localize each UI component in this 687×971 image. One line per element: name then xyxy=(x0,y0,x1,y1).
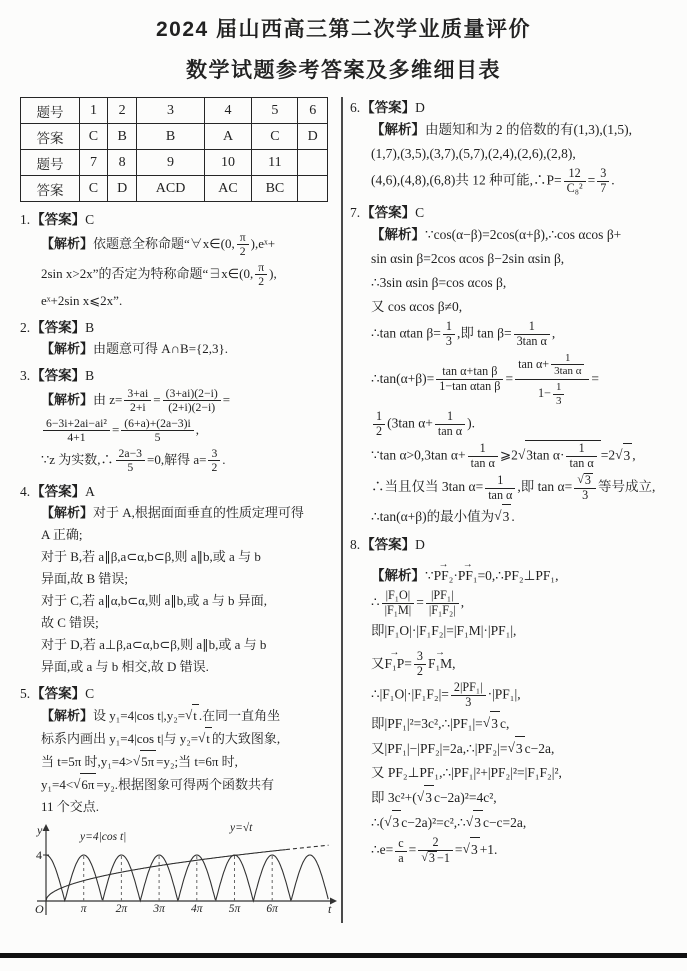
answer-label: 【答案】C xyxy=(361,205,424,220)
answer-label: 【答案】C xyxy=(31,686,94,701)
answer-label: 【答案】D xyxy=(361,537,425,552)
solution-line: 【解析】∵cos(α−β)=2cos(α+β),∴cos αcos β+ xyxy=(350,223,679,247)
table-cell: 8 xyxy=(107,150,136,176)
x-tick-label: 2π xyxy=(116,903,128,915)
solution-line: ∴|F₁O|·|F₁F₂|=2|PF₁|3·|PF₁|, xyxy=(350,680,679,711)
answer-label: 【答案】A xyxy=(31,484,95,499)
section-heading: 6.【答案】D xyxy=(350,97,679,118)
page-subtitle: 数学试题参考答案及多维细目表 xyxy=(0,43,687,84)
solution-line: 【解析】由题知和为 2 的倍数的有(1,3),(1,5), xyxy=(350,118,679,142)
question-number: 4. xyxy=(20,484,30,499)
solution-line: 【解析】对于 A,根据面面垂直的性质定理可得 xyxy=(20,502,336,524)
solution-line: eˣ+2sin x⩽2x”. xyxy=(20,290,336,312)
solution-line: 6−3i+2ai−ai²4+1=(6+a)+(2a−3)i5, xyxy=(20,416,336,446)
solution-line: sin αsin β=2cos αcos β−2sin αsin β, xyxy=(350,247,679,271)
section-q8: 8.【答案】D 【解析】∵PF₂·PF₁=0,∴PF₂⊥PF₁, ∴|F₁O||… xyxy=(350,534,679,867)
table-cell: 9 xyxy=(137,150,204,176)
right-column: 6.【答案】D 【解析】由题知和为 2 的倍数的有(1,3),(1,5), (1… xyxy=(350,97,679,923)
exam-answer-page: 2024 届山西高三第二次学业质量评价 数学试题参考答案及多维细目表 题号 1 … xyxy=(0,0,687,971)
question-number: 1. xyxy=(20,212,30,227)
table-row: 答案 C B B A C D xyxy=(21,124,328,150)
table-cell: 题号 xyxy=(21,98,80,124)
solution-line: 【解析】由 z=3+ai2+i=(3+ai)(2−i)(2+i)(2−i)= xyxy=(20,386,336,416)
answer-label: 【答案】C xyxy=(31,212,94,227)
table-cell: 题号 xyxy=(21,150,80,176)
left-column: 题号 1 2 3 4 5 6 答案 C B B A C D xyxy=(20,97,336,923)
answer-label: 【答案】B xyxy=(31,320,94,335)
table-cell: BC xyxy=(252,176,298,202)
table-cell: ACD xyxy=(137,176,204,202)
section-heading: 7.【答案】C xyxy=(350,202,679,223)
graph-x-axis-label: t xyxy=(328,902,331,917)
section-q2: 2.【答案】B 【解析】由题意可得 A∩B={2,3}. xyxy=(20,317,336,360)
solution-line: 即|PF₁|²=3c²,∴|PF₁|=√3c, xyxy=(350,711,679,736)
table-cell: C xyxy=(252,124,298,150)
solution-line: 又F₁P=32F₁M, xyxy=(350,643,679,680)
solution-line: 即 3c²+(√3c−2a)²=4c², xyxy=(350,785,679,810)
table-row: 题号 7 8 9 10 11 xyxy=(21,150,328,176)
page-bottom-rule xyxy=(0,953,687,958)
solution-line: 【解析】由题意可得 A∩B={2,3}. xyxy=(20,338,336,360)
table-cell xyxy=(298,150,328,176)
graph-y-tick-label: 4 xyxy=(36,848,42,863)
table-cell: C xyxy=(80,124,108,150)
solution-line: 【解析】依题意全称命题“∀x∈(0,π2),eˣ+ xyxy=(20,230,336,260)
solution-line: 又|PF₁|−|PF₂|=2a,∴|PF₂|=√3c−2a, xyxy=(350,736,679,761)
x-tick-label: 3π xyxy=(153,903,165,915)
answer-label: 【答案】B xyxy=(31,368,94,383)
x-tick-label: 4π xyxy=(191,903,203,915)
solution-line: 【解析】∵PF₂·PF₁=0,∴PF₂⊥PF₁, xyxy=(350,555,679,588)
section-q5: 5.【答案】C 【解析】设 y₁=4|cos t|,y₂=√t.在同一直角坐 标… xyxy=(20,683,336,818)
curve-label-abs-cos: y=4|cos t| xyxy=(80,831,126,843)
solution-line: 对于 D,若 a⊥β,a⊂α,b⊂β,则 a∥b,或 a 与 b xyxy=(20,634,336,656)
section-heading: 3.【答案】B xyxy=(20,365,336,386)
section-heading: 5.【答案】C xyxy=(20,683,336,704)
table-cell: 答案 xyxy=(21,176,80,202)
solution-line: ∵z 为实数,∴2a−35=0,解得 a=32. xyxy=(20,446,336,476)
solution-line: 标系内画出 y₁=4|cos t|与 y₂=√t的大致图象, xyxy=(20,727,336,750)
section-q4: 4.【答案】A 【解析】对于 A,根据面面垂直的性质定理可得 A 正确; 对于 … xyxy=(20,481,336,678)
question-number: 6. xyxy=(350,100,360,115)
table-cell: B xyxy=(137,124,204,150)
table-cell: 5 xyxy=(252,98,298,124)
solution-line: 即|F₁O|·|F₁F₂|=|F₁M|·|PF₁|, xyxy=(350,619,679,643)
answer-label: 【答案】D xyxy=(361,100,425,115)
solution-line: 11 个交点. xyxy=(20,796,336,818)
table-cell: 6 xyxy=(298,98,328,124)
table-cell: 答案 xyxy=(21,124,80,150)
section-heading: 4.【答案】A xyxy=(20,481,336,502)
table-cell: C xyxy=(80,176,108,202)
table-cell: B xyxy=(107,124,136,150)
solution-line: ∴当且仅当 3tan α=1tan α,即 tan α=√33等号成立, xyxy=(350,472,679,504)
table-cell: D xyxy=(107,176,136,202)
solution-line: ∴e=ca=2√3−1=√3+1. xyxy=(350,835,679,867)
solution-line: y₁=4<√6π=y₂.根据图象可得两个函数共有 xyxy=(20,773,336,796)
solution-line: 故 C 错误; xyxy=(20,612,336,634)
section-heading: 2.【答案】B xyxy=(20,317,336,338)
x-tick-label: 5π xyxy=(229,903,241,915)
solution-line: 又 PF₂⊥PF₁,∴|PF₁|²+|PF₂|²=|F₁F₂|², xyxy=(350,761,679,785)
solution-line: ∵tan α>0,3tan α+1tan α⩾2√3tan α·1tan α=2… xyxy=(350,440,679,472)
curve-label-sqrt: y=√t xyxy=(230,822,252,834)
solution-line: ∴(√3c−2a)²=c²,∴√3c−c=2a, xyxy=(350,810,679,835)
table-cell: 11 xyxy=(252,150,298,176)
section-heading: 1.【答案】C xyxy=(20,209,336,230)
table-cell: 7 xyxy=(80,150,108,176)
table-cell xyxy=(298,176,328,202)
table-cell: 10 xyxy=(204,150,252,176)
solution-line: ∴3sin αsin β=cos αcos β, xyxy=(350,271,679,295)
solution-line: (4,6),(4,8),(6,8)共 12 种可能,∴P=12C₈²=37. xyxy=(350,166,679,197)
page-content: 题号 1 2 3 4 5 6 答案 C B B A C D xyxy=(0,97,687,923)
solution-line: 【解析】设 y₁=4|cos t|,y₂=√t.在同一直角坐 xyxy=(20,704,336,727)
graph-y-axis-label: y xyxy=(37,823,42,838)
table-cell: AC xyxy=(204,176,252,202)
solution-line: ∴tan(α+β)=tan α+tan β1−tan αtan β=tan α+… xyxy=(350,350,679,409)
table-cell: D xyxy=(298,124,328,150)
solution-line: 2sin x>2x”的否定为特称命题“∃x∈(0,π2), xyxy=(20,260,336,290)
solution-line: 12(3tan α+1tan α). xyxy=(350,409,679,440)
table-cell: A xyxy=(204,124,252,150)
solution-line: ∴|F₁O||F₁M|=|PF₁||F₁F₂|, xyxy=(350,588,679,619)
solution-line: 对于 B,若 a∥β,a⊂α,b⊂β,则 a∥b,或 a 与 b xyxy=(20,546,336,568)
table-cell: 4 xyxy=(204,98,252,124)
section-q1: 1.【答案】C 【解析】依题意全称命题“∀x∈(0,π2),eˣ+ 2sin x… xyxy=(20,209,336,312)
solution-line: A 正确; xyxy=(20,524,336,546)
section-heading: 8.【答案】D xyxy=(350,534,679,555)
graph-origin-label: O xyxy=(35,902,44,917)
solution-line: ∴tan αtan β=13,即 tan β=13tan α, xyxy=(350,319,679,350)
table-cell: 3 xyxy=(137,98,204,124)
table-row: 题号 1 2 3 4 5 6 xyxy=(21,98,328,124)
table-row: 答案 C D ACD AC BC xyxy=(21,176,328,202)
function-graph: y 4 O t y=4|cos t| y=√t π 2π 3π 4π 5π 6π xyxy=(34,823,342,923)
question-number: 7. xyxy=(350,205,360,220)
table-cell: 2 xyxy=(107,98,136,124)
answer-table: 题号 1 2 3 4 5 6 答案 C B B A C D xyxy=(20,97,328,202)
page-title: 2024 届山西高三第二次学业质量评价 xyxy=(0,0,687,43)
solution-line: 当 t=5π 时,y₁=4>√5π=y₂;当 t=6π 时, xyxy=(20,750,336,773)
solution-line: 对于 C,若 a∥α,b⊂α,则 a∥b,或 a 与 b 异面, xyxy=(20,590,336,612)
table-cell: 1 xyxy=(80,98,108,124)
solution-line: 又 cos αcos β≠0, xyxy=(350,295,679,319)
column-divider xyxy=(341,97,343,923)
solution-line: 异面,或 a 与 b 相交,故 D 错误. xyxy=(20,656,336,678)
section-q6: 6.【答案】D 【解析】由题知和为 2 的倍数的有(1,3),(1,5), (1… xyxy=(350,97,679,197)
section-q3: 3.【答案】B 【解析】由 z=3+ai2+i=(3+ai)(2−i)(2+i)… xyxy=(20,365,336,476)
solution-line: (1,7),(3,5),(3,7),(5,7),(2,4),(2,6),(2,8… xyxy=(350,142,679,166)
section-q7: 7.【答案】C 【解析】∵cos(α−β)=2cos(α+β),∴cos αco… xyxy=(350,202,679,529)
solution-line: 异面,故 B 错误; xyxy=(20,568,336,590)
question-number: 2. xyxy=(20,320,30,335)
question-number: 5. xyxy=(20,686,30,701)
question-number: 3. xyxy=(20,368,30,383)
solution-line: ∴tan(α+β)的最小值为√3. xyxy=(350,504,679,529)
question-number: 8. xyxy=(350,537,360,552)
x-tick-label: 6π xyxy=(266,903,278,915)
x-tick-label: π xyxy=(81,903,87,915)
